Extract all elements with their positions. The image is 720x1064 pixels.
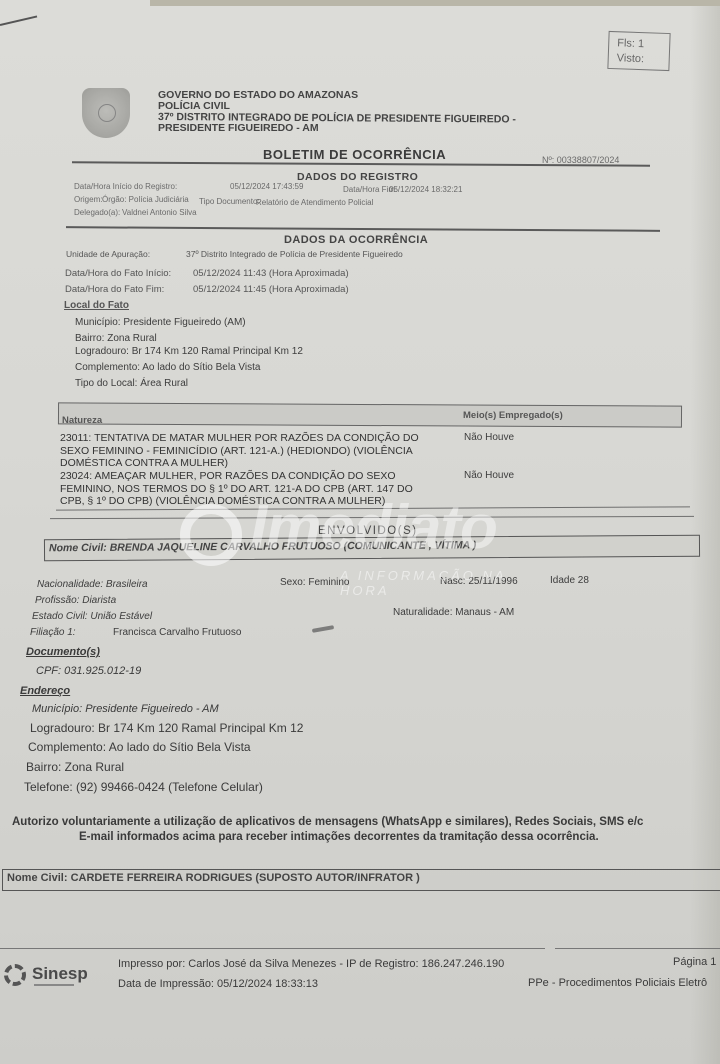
data-impressao: Data de Impressão: 05/12/2024 18:33:13 <box>118 978 318 990</box>
meios-column-header: Meio(s) Empregado(s) <box>463 410 563 421</box>
documentos-title: Documento(s) <box>26 646 100 658</box>
section-dados-ocorrencia: DADOS DA OCORRÊNCIA <box>284 234 428 246</box>
vitima-nacionalidade: Nacionalidade: Brasileira <box>37 579 148 590</box>
vitima-nome-box: Nome Civil: BRENDA JAQUELINE CARVALHO FR… <box>44 535 700 562</box>
fato-fim-label: Data/Hora do Fato Fim: <box>65 284 164 295</box>
unidade-value: 37º Distrito Integrado de Polícia de Pre… <box>186 249 403 259</box>
endereco-bairro: Bairro: Zona Rural <box>26 760 124 774</box>
natureza-table-header <box>58 402 682 427</box>
natureza-line: DOMÉSTICA CONTRA A MULHER) <box>60 457 419 470</box>
vitima-sexo: Sexo: Feminino <box>280 577 349 588</box>
endereco-municipio: Município: Presidente Figueiredo - AM <box>32 703 219 715</box>
origem-value: Órgão: Polícia Judiciária <box>102 195 189 204</box>
vitima-filiacao-value: Francisca Carvalho Frutuoso <box>113 627 241 638</box>
system-name: PPe - Procedimentos Policiais Eletrô <box>528 977 707 989</box>
endereco-complemento: Complemento: Ao lado do Sítio Bela Vista <box>28 740 251 754</box>
vitima-idade: Idade 28 <box>550 575 589 586</box>
natureza-line: CPB, § 1º DO CPB) (VIOLÊNCIA DOMÉSTICA C… <box>60 495 413 508</box>
local-municipio: Município: Presidente Figueiredo (AM) <box>75 317 246 328</box>
vitima-filiacao-label: Filiação 1: <box>30 627 76 638</box>
autorizacao-line-2: E-mail informados acima para receber int… <box>79 831 599 843</box>
meio-row-2: Não Houve <box>464 470 514 481</box>
vitima-nascimento: Nasc: 25/11/1996 <box>440 576 518 587</box>
natureza-line: SEXO FEMININO - FEMINICÍDIO (ART. 121-A.… <box>60 445 419 458</box>
natureza-column-header: Natureza <box>62 415 102 426</box>
registro-inicio-label: Data/Hora Início do Registro: <box>74 182 177 191</box>
delegado-label: Delegado(a): <box>74 208 120 217</box>
document-title: BOLETIM DE OCORRÊNCIA <box>263 147 446 162</box>
meio-row-1: Não Houve <box>464 432 514 443</box>
autor-nome-box: Nome Civil: CARDETE FERREIRA RODRIGUES (… <box>2 869 720 891</box>
footer-divider <box>555 948 720 949</box>
unidade-label: Unidade de Apuração: <box>66 249 150 259</box>
natureza-row-2: 23024: AMEAÇAR MULHER, POR RAZÕES DA CON… <box>60 470 413 508</box>
visto-label: Visto: <box>616 51 668 68</box>
sinesp-logo-text: Sinesp <box>32 964 88 984</box>
natureza-row-1: 23011: TENTATIVA DE MATAR MULHER POR RAZ… <box>60 432 419 470</box>
vitima-naturalidade: Naturalidade: Manaus - AM <box>393 607 514 618</box>
local-bairro: Bairro: Zona Rural <box>75 333 157 344</box>
endereco-title: Endereço <box>20 685 70 697</box>
fato-inicio-label: Data/Hora do Fato Início: <box>65 268 171 279</box>
registro-fim-value: 05/12/2024 18:32:21 <box>389 185 462 194</box>
header-cidade: PRESIDENTE FIGUEIREDO - AM <box>158 123 319 134</box>
endereco-logradouro: Logradouro: Br 174 Km 120 Ramal Principa… <box>30 721 303 735</box>
registro-inicio-value: 05/12/2024 17:43:59 <box>230 182 303 191</box>
natureza-line: 23011: TENTATIVA DE MATAR MULHER POR RAZ… <box>60 432 419 445</box>
impresso-por: Impresso por: Carlos José da Silva Menez… <box>118 958 504 970</box>
section-dados-registro: DADOS DO REGISTRO <box>297 171 418 183</box>
delegado-value: Valdnei Antonio Silva <box>122 208 197 217</box>
natureza-line: FEMININO, NOS TERMOS DO § 1º DO ART. 121… <box>60 483 413 496</box>
autorizacao-line-1: Autorizo voluntariamente a utilização de… <box>12 816 643 828</box>
local-do-fato-title: Local do Fato <box>64 300 129 311</box>
vitima-profissao: Profissão: Diarista <box>35 595 116 606</box>
local-tipo: Tipo do Local: Área Rural <box>75 378 188 389</box>
top-shadow <box>150 0 720 6</box>
page-number: Página 1 <box>673 956 716 968</box>
page-edge-shadow <box>690 0 720 1064</box>
sinesp-logo: Sinesp <box>4 962 96 992</box>
vitima-telefone: Telefone: (92) 99466-0424 (Telefone Celu… <box>24 780 263 794</box>
fato-fim-value: 05/12/2024 11:45 (Hora Aproximada) <box>193 284 349 295</box>
local-logradouro: Logradouro: Br 174 Km 120 Ramal Principa… <box>75 346 303 357</box>
sinesp-gear-icon <box>4 964 26 986</box>
folha-stamp: Fls: 1 Visto: <box>607 31 670 71</box>
footer-divider <box>0 948 545 949</box>
vitima-cpf: CPF: 031.925.012-19 <box>36 665 141 677</box>
local-complemento: Complemento: Ao lado do Sítio Bela Vista <box>75 362 260 373</box>
origem-label: Origem: <box>74 195 102 204</box>
vitima-estado-civil: Estado Civil: União Estável <box>32 611 152 622</box>
policia-civil-badge-icon <box>82 88 130 138</box>
section-envolvidos: ENVOLVIDO(S) <box>318 525 418 537</box>
tipo-documento-label: Tipo Documento: <box>199 197 260 206</box>
tipo-documento-value: Relatório de Atendimento Policial <box>256 198 373 207</box>
natureza-line: 23024: AMEAÇAR MULHER, POR RAZÕES DA CON… <box>60 470 413 483</box>
fato-inicio-value: 05/12/2024 11:43 (Hora Aproximada) <box>193 268 349 279</box>
